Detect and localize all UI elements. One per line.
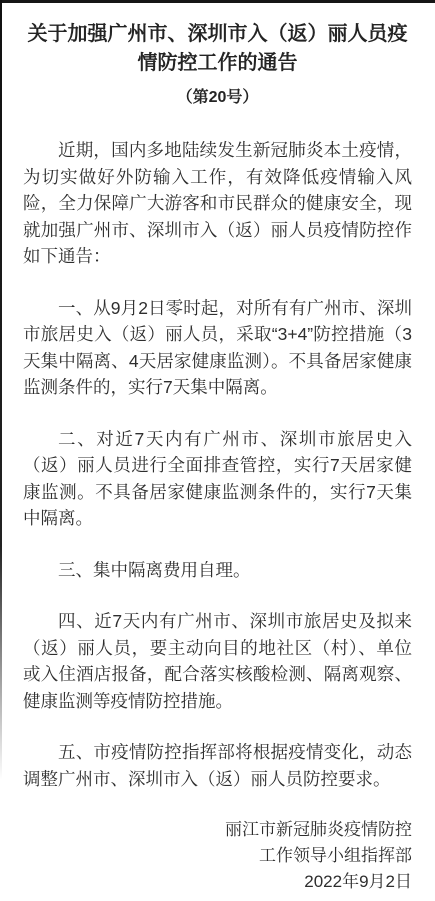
photo-edge-top	[0, 0, 435, 3]
notice-paragraph-item-5: 五、市疫情防控指挥部将根据疫情变化，动态调整广州市、深圳市入（返）丽人员防控要求…	[23, 739, 412, 792]
notice-paragraph-item-3: 三、集中隔离费用自理。	[23, 557, 412, 584]
notice-page: 关于加强广州市、深圳市入（返）丽人员疫情防控工作的通告 （第20号） 近期，国内…	[0, 0, 435, 901]
signature-org-line-2: 工作领导小组指挥部	[23, 843, 412, 869]
signature-date: 2022年9月2日	[23, 869, 412, 895]
notice-paragraph-item-2: 二、对近7天内有广州市、深圳市旅居史入（返）丽人员进行全面排查管控，实行7天居家…	[23, 426, 412, 532]
signature-org-line-1: 丽江市新冠肺炎疫情防控	[23, 817, 412, 843]
notice-body: 近期，国内多地陆续发生新冠肺炎本土疫情，为切实做好外防输入工作，有效降低疫情输入…	[23, 137, 412, 792]
notice-paragraph-item-4: 四、近7天内有广州市、深圳市旅居史及拟来（返）丽人员，要主动向目的地社区（村）、…	[23, 608, 412, 714]
notice-paragraph-item-1: 一、从9月2日零时起，对所有有广州市、深圳市旅居史入（返）丽人员，采取“3+4”…	[23, 295, 412, 401]
notice-title: 关于加强广州市、深圳市入（返）丽人员疫情防控工作的通告	[26, 20, 409, 78]
notice-paragraph-intro: 近期，国内多地陆续发生新冠肺炎本土疫情，为切实做好外防输入工作，有效降低疫情输入…	[23, 137, 412, 270]
signature-block: 丽江市新冠肺炎疫情防控 工作领导小组指挥部 2022年9月2日	[23, 817, 412, 895]
notice-doc-number: （第20号）	[0, 84, 435, 107]
photo-edge-left	[0, 0, 2, 780]
